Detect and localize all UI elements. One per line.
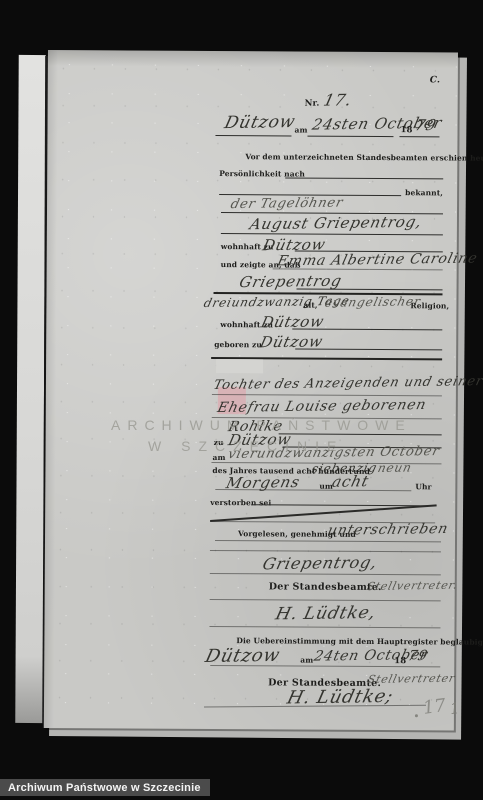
ruled-line (209, 626, 440, 628)
document-page: C. Nr. 17. Dützow am 24sten October 18 7… (44, 50, 458, 730)
ruled-line (212, 394, 442, 396)
form-known-label: bekannt, (405, 188, 443, 197)
ruled-line (210, 550, 441, 552)
record-year-written: 79 (413, 116, 438, 134)
death-date-value: vierundzwanzigsten October (226, 444, 441, 462)
religion-label: Religion, (410, 301, 449, 310)
ruled-line (221, 233, 443, 235)
relation-line2: Ehefrau Louise geborenen (216, 397, 428, 416)
pencil-edge-mark: 1 (449, 699, 460, 718)
ruled-line (307, 136, 393, 138)
ruled-line (273, 268, 443, 270)
certify-year-printed: 18 (394, 656, 406, 666)
record-am-label: am (294, 126, 307, 135)
scan-artifact-gray-patch (216, 359, 263, 373)
ruled-line (279, 433, 442, 435)
ruled-line (285, 177, 443, 179)
age-label: alt, (303, 301, 317, 310)
pencil-dot (415, 714, 418, 717)
registrar2-note: Stellvertreter (366, 672, 457, 686)
death-time-uhr: Uhr (415, 482, 431, 491)
form-corner-mark: C. (430, 75, 440, 85)
signature-declarant: Griepentrog, (261, 553, 380, 574)
ruled-line (297, 289, 443, 291)
ruled-line (399, 136, 439, 137)
form-intro-line1: Vor dem unterzeichneten Standesbeamten e… (245, 152, 483, 163)
registrar-note: Stellvertreter. (366, 579, 460, 593)
adjacent-page-edge (15, 55, 45, 723)
record-number-value: 17. (322, 90, 354, 109)
ruled-line (210, 665, 440, 667)
born-label: geboren zu (214, 340, 262, 349)
registrar-label: Der Standesbeamte. (269, 581, 382, 593)
religion-value: evangelischer (323, 294, 422, 309)
relation-line1: Tochter des Anzeigenden und seiner (212, 374, 483, 393)
deceased-name-line1: Emma Albertine Caroline (276, 250, 480, 269)
signature-registrar: H. Lüdtke, (273, 603, 378, 624)
archive-footer-label: Archiwum Państwowe w Szczecinie (0, 779, 210, 796)
death-time-value2: acht (330, 472, 371, 491)
death-date-label: am (212, 453, 225, 462)
closing-written: unterschrieben (326, 521, 450, 539)
ruled-line (215, 135, 291, 136)
ruled-line (210, 599, 441, 601)
ruled-line (215, 540, 441, 542)
certify-place: Dützow (203, 645, 282, 667)
ruled-line (210, 573, 441, 575)
declarant-name: August Griepentrog, (248, 213, 424, 234)
death-place-label: zu (214, 438, 224, 447)
record-number-label: Nr. (305, 99, 320, 109)
death-year-written2: neun (376, 461, 413, 475)
certify-year-written: 79 (406, 648, 429, 664)
declarant-title: der Tagelöhner (229, 195, 345, 212)
archive-footer-text: Archiwum Państwowe w Szczecinie (8, 782, 201, 794)
scan-background: C. Nr. 17. Dützow am 24sten October 18 7… (0, 0, 483, 800)
record-place: Dützow (222, 112, 297, 133)
pencil-folio-number: 17 (422, 695, 447, 719)
record-year-printed: 18 (400, 125, 412, 135)
deceased-label: verstorben sei (210, 498, 271, 507)
